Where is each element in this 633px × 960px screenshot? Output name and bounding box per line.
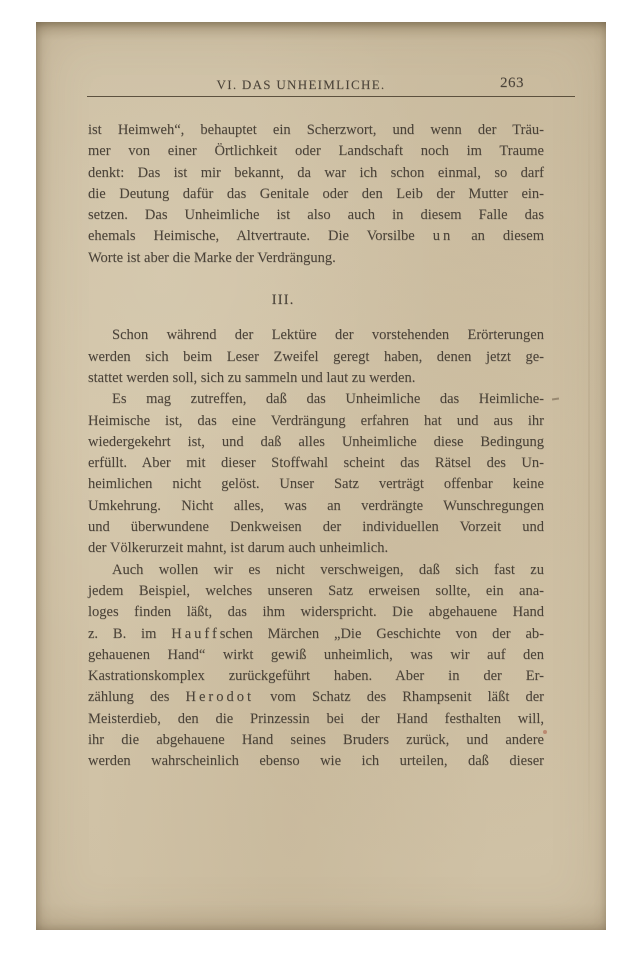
text-line: Umkehrung. Nicht alles, was an verdrängt… bbox=[88, 496, 544, 517]
paper-speck bbox=[552, 398, 559, 401]
text-line: ist Heimweh“, behauptet ein Scherzwort, … bbox=[88, 120, 544, 141]
paragraph: ist Heimweh“, behauptet ein Scherzwort, … bbox=[88, 120, 544, 269]
text-line: heimlichen nicht gelöst. Unser Satz vert… bbox=[88, 474, 544, 495]
header-rule bbox=[87, 96, 575, 97]
text-line: werden wahrscheinlich ebenso wie ich urt… bbox=[88, 751, 544, 772]
text-line: Es mag zutreffen, daß das Unheimliche da… bbox=[88, 389, 544, 410]
text-line: ehemals Heimische, Altvertraute. Die Vor… bbox=[88, 226, 544, 247]
paragraph: Schon während der Lektüre der vorstehend… bbox=[88, 325, 544, 389]
paragraph: Es mag zutreffen, daß das Unheimliche da… bbox=[88, 389, 544, 559]
text-line: die Deutung dafür das Genitale oder den … bbox=[88, 184, 544, 205]
text-line: erfüllt. Aber mit dieser Stoffwahl schei… bbox=[88, 453, 544, 474]
letterspaced-word: Herodot bbox=[185, 689, 254, 705]
text-line: werden sich beim Leser Zweifel geregt ha… bbox=[88, 347, 544, 368]
section-heading: III. bbox=[55, 290, 511, 311]
text-line: setzen. Das Unheimliche ist also auch in… bbox=[88, 205, 544, 226]
body-text: ist Heimweh“, behauptet ein Scherzwort, … bbox=[88, 120, 544, 773]
letterspaced-word: Hauff bbox=[171, 626, 220, 642]
text-line: Auch wollen wir es nicht verschweigen, d… bbox=[88, 560, 544, 581]
text-line: der Völkerurzeit mahnt, ist darum auch u… bbox=[88, 538, 544, 559]
text-line: zählung des Herodot vom Schatz des Rhamp… bbox=[88, 687, 544, 708]
text-line: stattet werden soll, sich zu sammeln und… bbox=[88, 368, 544, 389]
page-number: 263 bbox=[500, 75, 524, 92]
text-line: gehauenen Hand“ wirkt gewiß unheimlich, … bbox=[88, 645, 544, 666]
text-line: wiedergekehrt ist, und daß alles Unheiml… bbox=[88, 432, 544, 453]
text-line: denkt: Das ist mir bekannt, da war ich s… bbox=[88, 163, 544, 184]
text-line: Schon während der Lektüre der vorstehend… bbox=[88, 325, 544, 346]
text-line: Kastrationskomplex zurückgeführt haben. … bbox=[88, 666, 544, 687]
running-header-title: VI. DAS UNHEIMLICHE. bbox=[166, 77, 436, 93]
scanner-background: VI. DAS UNHEIMLICHE. 263 ist Heimweh“, b… bbox=[0, 0, 633, 960]
text-line: jedem Beispiel, welches unseren Satz erw… bbox=[88, 581, 544, 602]
paragraph: Auch wollen wir es nicht verschweigen, d… bbox=[88, 560, 544, 773]
text-line: und überwundene Denkweisen der individue… bbox=[88, 517, 544, 538]
letterspaced-word: un bbox=[433, 228, 454, 244]
text-line: z. B. im Hauffschen Märchen „Die Geschic… bbox=[88, 624, 544, 645]
text-line: Meisterdieb, den die Prinzessin bei der … bbox=[88, 709, 544, 730]
text-line: loges finden läßt, das ihm widerspricht.… bbox=[88, 602, 544, 623]
paper-speck bbox=[543, 730, 547, 734]
book-page: VI. DAS UNHEIMLICHE. 263 ist Heimweh“, b… bbox=[36, 22, 606, 930]
text-line: Heimische ist, das eine Verdrängung erfa… bbox=[88, 411, 544, 432]
text-line: mer von einer Örtlichkeit oder Landschaf… bbox=[88, 141, 544, 162]
text-line: Worte ist aber die Marke der Verdrängung… bbox=[88, 248, 544, 269]
text-line: ihr die abgehauene Hand seines Bruders z… bbox=[88, 730, 544, 751]
